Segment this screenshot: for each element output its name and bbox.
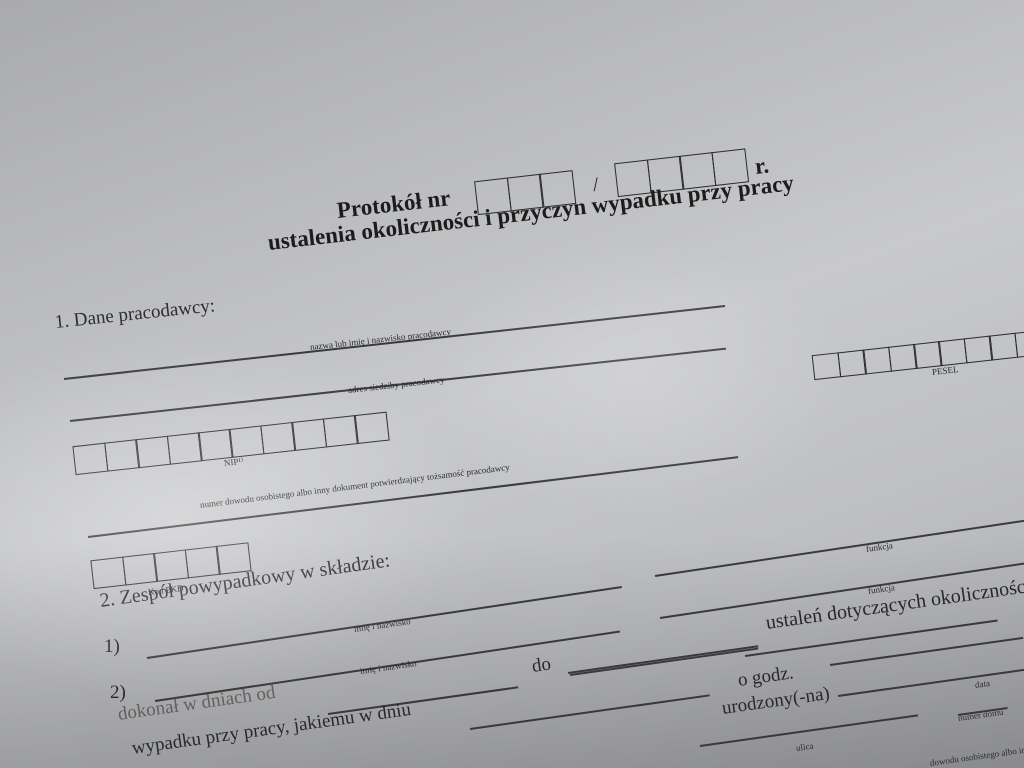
employer-name-caption: nazwa lub imię i nazwisko pracodawcy bbox=[309, 326, 451, 351]
id-doc-partial-caption: dowodu osobistego albo innego dokumentu bbox=[929, 736, 1024, 768]
born-text: urodzony(-na) bbox=[720, 683, 831, 720]
to-text: do bbox=[530, 653, 552, 677]
accident-date-line[interactable] bbox=[470, 694, 710, 729]
at-hour-text: o godz. bbox=[736, 662, 794, 692]
photo-glare-overlay bbox=[0, 0, 1024, 768]
section1-heading: 1. Dane pracodawcy: bbox=[54, 295, 216, 334]
member1-name-caption: imię i nazwisko bbox=[353, 616, 411, 634]
member2-label: 2) bbox=[110, 682, 126, 704]
street-caption: ulica bbox=[795, 741, 814, 753]
hour-line[interactable] bbox=[830, 637, 1023, 666]
pesel-caption: PESEL bbox=[931, 364, 958, 377]
member1-function-caption: funkcja bbox=[865, 540, 893, 554]
member2-name-caption: imię i nazwisko bbox=[359, 658, 417, 676]
house-number-caption: numer domu bbox=[957, 707, 1004, 723]
pesel-boxes[interactable] bbox=[814, 324, 1024, 380]
member1-function-line[interactable] bbox=[655, 520, 1024, 577]
date-caption: data bbox=[974, 678, 990, 690]
birth-date-line[interactable] bbox=[838, 669, 1024, 697]
nip-caption: NIP¹⁾ bbox=[223, 456, 244, 469]
performed-from-text: dokonał w dniach od bbox=[116, 682, 276, 726]
employer-address-caption: adres siedziby pracodawcy bbox=[347, 374, 444, 395]
member1-label: 1) bbox=[104, 636, 120, 658]
date-to-line[interactable] bbox=[570, 648, 758, 676]
id-document-line[interactable] bbox=[88, 456, 738, 537]
